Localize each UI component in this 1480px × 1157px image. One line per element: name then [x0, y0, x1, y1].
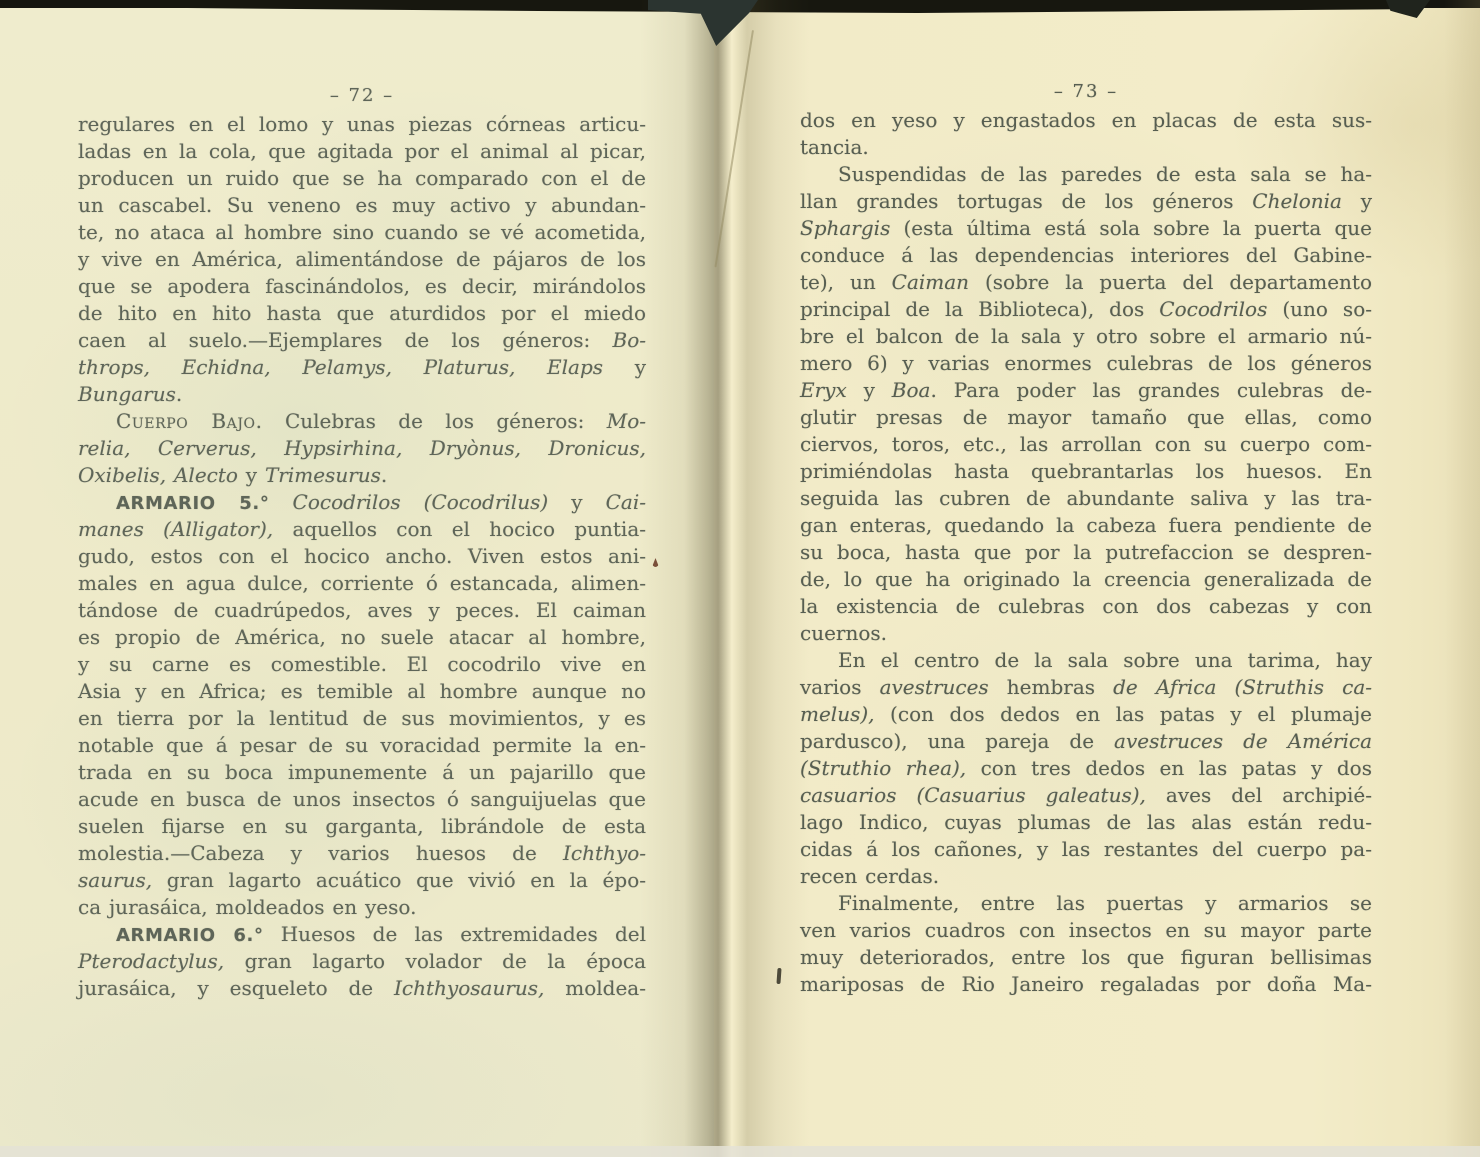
text-line: Eryx y Boa. Para poder las grandes culeb…	[800, 377, 1372, 404]
text-line: Bungarus.	[78, 381, 646, 408]
text-line: que se apodera fascinándolos, es decir, …	[78, 273, 646, 300]
text-line: cidas á los cañones, y las restantes del…	[800, 836, 1372, 863]
text-line: saurus, gran lagarto acuático que vivió …	[78, 867, 646, 894]
text-line: de, lo que ha originado la creencia gene…	[800, 566, 1372, 593]
text-line: melus), (con dos dedos en las patas y el…	[800, 701, 1372, 728]
text-run-i: Sphargis	[800, 216, 890, 240]
text-line: ARMARIO 6.° Huesos de las extremidades d…	[78, 921, 646, 948]
text-run: (uno so-	[1267, 297, 1372, 321]
text-run: Culebras de los géneros:	[263, 409, 607, 433]
text-run: aves del archipié-	[1146, 783, 1372, 807]
text-run: notable que á pesar de su voracidad perm…	[78, 733, 646, 757]
text-run: es propio de América, no suele atacar al…	[78, 625, 646, 649]
text-line: molestia.—Cabeza y varios huesos de Icht…	[78, 840, 646, 867]
text-line: principal de la Biblioteca), dos Cocodri…	[800, 296, 1372, 323]
text-run: su boca, hasta que por la putrefaccion s…	[800, 540, 1372, 564]
text-run-b: ARMARIO 5.°	[116, 493, 269, 514]
text-line: (Struthio rhea), con tres dedos en las p…	[800, 755, 1372, 782]
text-run: varios	[800, 675, 880, 699]
text-run-i: casuarios (Casuarius galeatus),	[800, 783, 1146, 807]
text-run: caen al suelo.—Ejemplares de los géneros…	[78, 328, 613, 352]
text-line: cuernos.	[800, 620, 1372, 647]
text-run: la existencia de culebras con dos cabeza…	[800, 594, 1372, 618]
text-run: principal de la Biblioteca), dos	[800, 297, 1159, 321]
text-run: . Para poder las grandes culebras de-	[930, 378, 1372, 402]
text-run: moldea-	[544, 976, 646, 1000]
page-number-73: – 73 –	[800, 80, 1372, 104]
text-run: de hito en hito hasta que aturdidos por …	[78, 301, 646, 325]
text-run	[269, 490, 292, 514]
text-line: Cuerpo Bajo. Culebras de los géneros: Mo…	[78, 408, 646, 435]
text-run: y su carne es comestible. El cocodrilo v…	[78, 652, 646, 676]
text-run: y	[1342, 189, 1372, 213]
text-run-i: Bo-	[613, 328, 647, 352]
text-line: En el centro de la sala sobre una tarima…	[800, 647, 1372, 674]
text-line: primiéndolas hasta quebrantarlas los hue…	[800, 458, 1372, 485]
text-run: y vive en América, alimentándose de pája…	[78, 247, 646, 271]
text-run: males en agua dulce, corriente ó estanca…	[78, 571, 646, 595]
text-run: mero 6) y varias enormes culebras de los…	[800, 351, 1372, 375]
text-run: gran lagarto acuático que vivió en la ép…	[152, 868, 646, 892]
text-run: en tierra por la lentitud de sus movimie…	[78, 706, 646, 730]
text-run-i: de Africa (Struthis ca-	[1113, 675, 1372, 699]
text-run: hembras	[989, 675, 1113, 699]
text-line: seguida las cubren de abundante saliva y…	[800, 485, 1372, 512]
text-run: muy deteriorados, entre los que figuran …	[800, 945, 1372, 969]
text-line: males en agua dulce, corriente ó estanca…	[78, 570, 646, 597]
text-run-i: Cocodrilos	[1159, 297, 1267, 321]
text-run: lago Indico, cuyas plumas de las alas es…	[800, 810, 1372, 834]
text-line: varios avestruces hembras de Africa (Str…	[800, 674, 1372, 701]
text-run: Finalmente, entre las puertas y armarios…	[838, 891, 1372, 915]
text-run: (esta última está sola sobre la puerta q…	[890, 216, 1372, 240]
text-line: tancia.	[800, 134, 1372, 161]
text-line: su boca, hasta que por la putrefaccion s…	[800, 539, 1372, 566]
text-run: y	[603, 355, 646, 379]
text-run: gan enteras, quedando la cabeza fuera pe…	[800, 513, 1372, 537]
text-run-i: Mo-	[607, 409, 646, 433]
text-line: llan grandes tortugas de los géneros Che…	[800, 188, 1372, 215]
text-run: regulares en el lomo y unas piezas córne…	[78, 112, 646, 136]
text-run-i: throps, Echidna, Pelamys, Platurus, Elap…	[78, 355, 603, 379]
text-run: trada en su boca impunemente á un pajari…	[78, 760, 646, 784]
text-run-i: Boa	[892, 378, 931, 402]
text-run-i: melus),	[800, 702, 875, 726]
text-run: conduce á las dependencias interiores de…	[800, 243, 1372, 267]
text-run-b: ARMARIO 6.°	[116, 925, 264, 946]
text-line: Oxibelis, Alecto y Trimesurus.	[78, 462, 646, 489]
page-number-72: – 72 –	[78, 84, 646, 108]
text-line: Finalmente, entre las puertas y armarios…	[800, 890, 1372, 917]
text-line: Asia y en Africa; es temible al hombre a…	[78, 678, 646, 705]
text-run: bre el balcon de la sala y otro sobre el…	[800, 324, 1372, 348]
text-line: en tierra por la lentitud de sus movimie…	[78, 705, 646, 732]
text-run: acude en busca de unos insectos ó sangui…	[78, 787, 646, 811]
text-run-i: Eryx	[800, 378, 847, 402]
text-run-i: manes (Alligator),	[78, 517, 273, 541]
text-block-page-73: dos en yeso y engastados en placas de es…	[800, 107, 1372, 998]
text-run-i: Caiman	[892, 270, 969, 294]
text-line: gan enteras, quedando la cabeza fuera pe…	[800, 512, 1372, 539]
text-line: y su carne es comestible. El cocodrilo v…	[78, 651, 646, 678]
text-run: tándose de cuadrúpedos, aves y peces. El…	[78, 598, 646, 622]
text-line: mero 6) y varias enormes culebras de los…	[800, 350, 1372, 377]
text-run: ca jurasáica, moldeados en yeso.	[78, 895, 416, 919]
text-run: molestia.—Cabeza y varios huesos de	[78, 841, 563, 865]
text-run-i: Cai-	[606, 490, 646, 514]
text-run: y	[548, 490, 605, 514]
text-run: y	[238, 463, 265, 487]
text-line: bre el balcon de la sala y otro sobre el…	[800, 323, 1372, 350]
text-run: suelen fijarse en su garganta, librándol…	[78, 814, 646, 838]
text-line: gudo, estos con el hocico ancho. Viven e…	[78, 543, 646, 570]
text-run: glutir presas de mayor tamaño que ellas,…	[800, 405, 1372, 429]
text-line: la existencia de culebras con dos cabeza…	[800, 593, 1372, 620]
text-run-i: Trimesurus	[265, 463, 381, 487]
scan-edge-bottom	[0, 1146, 1480, 1157]
text-run-i: Chelonia	[1252, 189, 1342, 213]
text-line: recen cerdas.	[800, 863, 1372, 890]
text-run-i: Ichthyo-	[563, 841, 646, 865]
text-block-page-72: regulares en el lomo y unas piezas córne…	[78, 111, 646, 1002]
text-run: recen cerdas.	[800, 864, 939, 888]
text-run-i: Oxibelis, Alecto	[78, 463, 238, 487]
text-run: (con dos dedos en las patas y el plumaje	[875, 702, 1372, 726]
text-line: throps, Echidna, Pelamys, Platurus, Elap…	[78, 354, 646, 381]
text-run: ladas en la cola, que agitada por el ani…	[78, 139, 646, 163]
page-stack-right-edge	[1444, 0, 1480, 1157]
text-run: que se apodera fascinándolos, es decir, …	[78, 274, 646, 298]
text-run: .	[381, 463, 387, 487]
page-73-content: – 73 – dos en yeso y engastados en placa…	[800, 80, 1372, 998]
text-line: ven varios cuadros con insectos en su ma…	[800, 917, 1372, 944]
text-run: primiéndolas hasta quebrantarlas los hue…	[800, 459, 1372, 483]
text-run: .	[176, 382, 182, 406]
text-run: aquellos con el hocico puntia-	[273, 517, 646, 541]
text-run: (sobre la puerta del departamento	[969, 270, 1372, 294]
text-line: te, no ataca al hombre sino cuando se vé…	[78, 219, 646, 246]
text-line: manes (Alligator), aquellos con el hocic…	[78, 516, 646, 543]
text-run-i: Ichthyosaurus,	[394, 976, 544, 1000]
text-line: jurasáica, y esqueleto de Ichthyosaurus,…	[78, 975, 646, 1002]
text-line: ARMARIO 5.° Cocodrilos (Cocodrilus) y Ca…	[78, 489, 646, 516]
text-run: te, no ataca al hombre sino cuando se vé…	[78, 220, 646, 244]
text-run: Huesos de las extremidades del	[264, 922, 646, 946]
text-line: un cascabel. Su veneno es muy activo y a…	[78, 192, 646, 219]
text-run-sc: Cuerpo Bajo.	[116, 409, 263, 433]
text-line: glutir presas de mayor tamaño que ellas,…	[800, 404, 1372, 431]
text-run: con tres dedos en las patas y dos	[966, 756, 1372, 780]
text-line: suelen fijarse en su garganta, librándol…	[78, 813, 646, 840]
text-line: producen un ruido que se ha comparado co…	[78, 165, 646, 192]
text-line: lago Indico, cuyas plumas de las alas es…	[800, 809, 1372, 836]
text-run-i: Bungarus	[78, 382, 176, 406]
text-run: te), un	[800, 270, 892, 294]
text-run: y	[847, 378, 892, 402]
text-run-i: Cocodrilos (Cocodrilus)	[293, 490, 549, 514]
text-run: dos en yeso y engastados en placas de es…	[800, 108, 1372, 132]
text-line: relia, Cerverus, Hypsirhina, Dryònus, Dr…	[78, 435, 646, 462]
text-line: y vive en América, alimentándose de pája…	[78, 246, 646, 273]
text-run: En el centro de la sala sobre una tarima…	[838, 648, 1372, 672]
text-line: mariposas de Rio Janeiro regaladas por d…	[800, 971, 1372, 998]
text-line: muy deteriorados, entre los que figuran …	[800, 944, 1372, 971]
text-run: Asia y en Africa; es temible al hombre a…	[78, 679, 646, 703]
text-run: Suspendidas de las paredes de esta sala …	[838, 162, 1372, 186]
text-run: tancia.	[800, 135, 869, 159]
text-line: conduce á las dependencias interiores de…	[800, 242, 1372, 269]
text-run: pardusco), una pareja de	[800, 729, 1114, 753]
book-scan: – 72 – regulares en el lomo y unas pieza…	[0, 0, 1480, 1157]
text-line: Suspendidas de las paredes de esta sala …	[800, 161, 1372, 188]
text-run: llan grandes tortugas de los géneros	[800, 189, 1252, 213]
text-line: de hito en hito hasta que aturdidos por …	[78, 300, 646, 327]
text-run: cuernos.	[800, 621, 887, 645]
text-run-i: saurus,	[78, 868, 152, 892]
text-line: tándose de cuadrúpedos, aves y peces. El…	[78, 597, 646, 624]
text-run-i: avestruces	[880, 675, 989, 699]
text-line: trada en su boca impunemente á un pajari…	[78, 759, 646, 786]
text-line: ladas en la cola, que agitada por el ani…	[78, 138, 646, 165]
text-line: casuarios (Casuarius galeatus), aves del…	[800, 782, 1372, 809]
text-line: ca jurasáica, moldeados en yeso.	[78, 894, 646, 921]
text-line: Pterodactylus, gran lagarto volador de l…	[78, 948, 646, 975]
text-line: ciervos, toros, etc., las arrollan con s…	[800, 431, 1372, 458]
text-run: de, lo que ha originado la creencia gene…	[800, 567, 1372, 591]
text-run: ven varios cuadros con insectos en su ma…	[800, 918, 1372, 942]
text-run: ciervos, toros, etc., las arrollan con s…	[800, 432, 1372, 456]
text-run-i: avestruces de América	[1114, 729, 1372, 753]
text-line: es propio de América, no suele atacar al…	[78, 624, 646, 651]
text-line: regulares en el lomo y unas piezas córne…	[78, 111, 646, 138]
page-72-content: – 72 – regulares en el lomo y unas pieza…	[78, 84, 646, 1002]
text-line: te), un Caiman (sobre la puerta del depa…	[800, 269, 1372, 296]
text-run: gran lagarto volador de la época	[224, 949, 646, 973]
text-line: acude en busca de unos insectos ó sangui…	[78, 786, 646, 813]
text-line: caen al suelo.—Ejemplares de los géneros…	[78, 327, 646, 354]
text-run: mariposas de Rio Janeiro regaladas por d…	[800, 972, 1372, 996]
text-run: seguida las cubren de abundante saliva y…	[800, 486, 1372, 510]
text-line: dos en yeso y engastados en placas de es…	[800, 107, 1372, 134]
text-run: cidas á los cañones, y las restantes del…	[800, 837, 1372, 861]
text-run: producen un ruido que se ha comparado co…	[78, 166, 646, 190]
text-run: un cascabel. Su veneno es muy activo y a…	[78, 193, 646, 217]
text-line: Sphargis (esta última está sola sobre la…	[800, 215, 1372, 242]
text-run: gudo, estos con el hocico ancho. Viven e…	[78, 544, 646, 568]
text-line: notable que á pesar de su voracidad perm…	[78, 732, 646, 759]
text-run: jurasáica, y esqueleto de	[78, 976, 394, 1000]
text-run-i: relia, Cerverus, Hypsirhina, Dryònus, Dr…	[78, 436, 646, 460]
text-run-i: Pterodactylus,	[78, 949, 224, 973]
text-line: pardusco), una pareja de avestruces de A…	[800, 728, 1372, 755]
text-run-i: (Struthio rhea),	[800, 756, 966, 780]
